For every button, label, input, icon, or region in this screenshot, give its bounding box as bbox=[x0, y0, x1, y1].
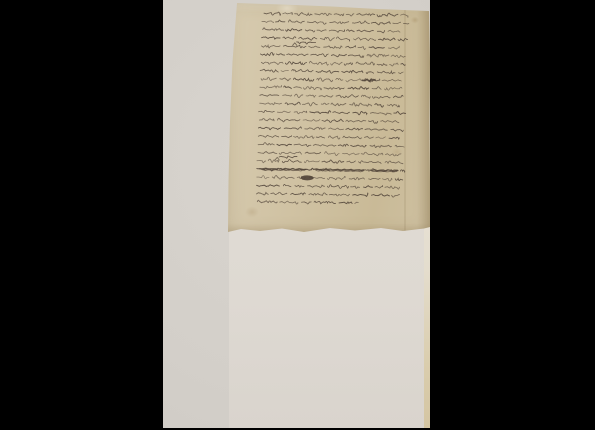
manuscript-paper bbox=[227, 2, 431, 235]
letterboxed-canvas bbox=[0, 0, 595, 430]
